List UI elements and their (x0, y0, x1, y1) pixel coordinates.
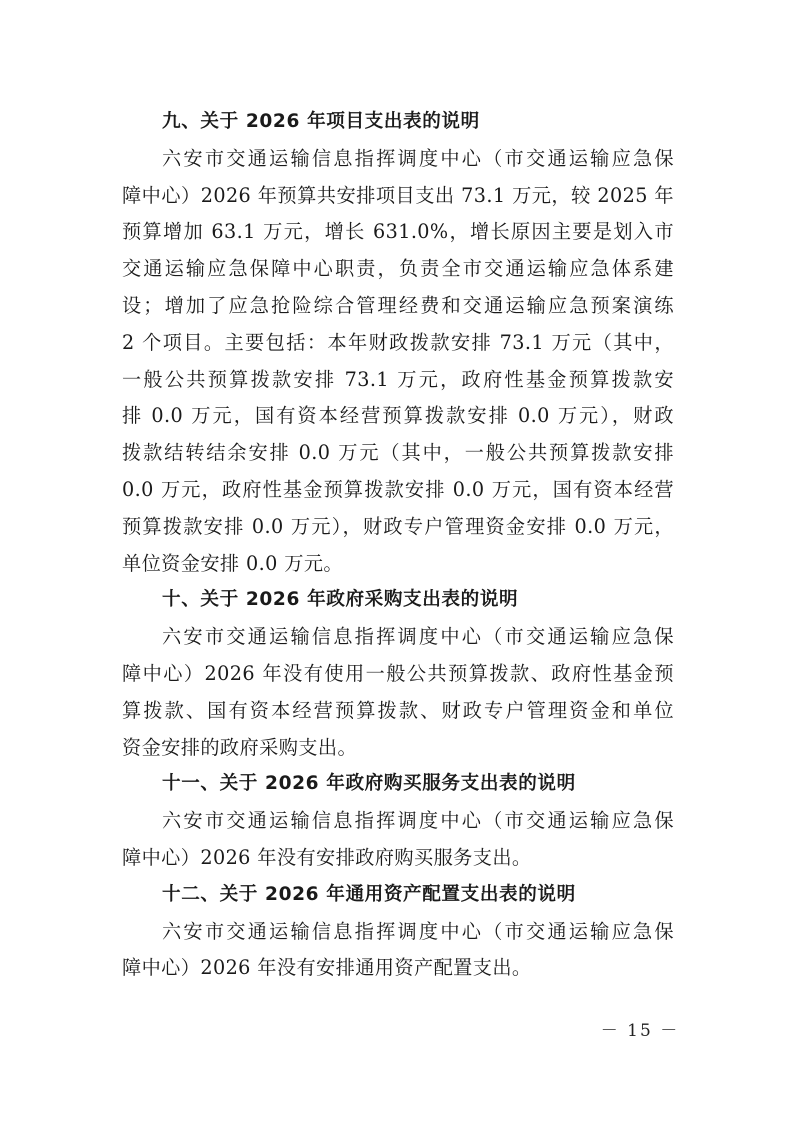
paragraph-line: 障中心）2026 年没有安排政府购买服务支出。 (122, 840, 674, 877)
paragraph-line: 2 个项目。主要包括：本年财政拨款安排 73.1 万元（其中， (122, 325, 674, 362)
paragraph-line: 预算增加 63.1 万元，增长 631.0%，增长原因主要是划入市 (122, 214, 674, 251)
section-heading-9: 九、关于 2026 年项目支出表的说明 (122, 104, 674, 141)
document-page: 九、关于 2026 年项目支出表的说明 六安市交通运输信息指挥调度中心（市交通运… (122, 104, 674, 987)
paragraph-line: 六安市交通运输信息指挥调度中心（市交通运输应急保 (122, 141, 674, 178)
section-heading-10: 十、关于 2026 年政府采购支出表的说明 (122, 582, 674, 619)
paragraph-line: 算拨款、国有资本经营预算拨款、财政专户管理资金和单位 (122, 693, 674, 730)
paragraph-line: 障中心）2026 年没有安排通用资产配置支出。 (122, 950, 674, 987)
paragraph-line: 设；增加了应急抢险综合管理经费和交通运输应急预案演练 (122, 288, 674, 325)
paragraph-line: 资金安排的政府采购支出。 (122, 730, 674, 767)
paragraph-line: 单位资金安排 0.0 万元。 (122, 546, 674, 583)
paragraph-line: 拨款结转结余安排 0.0 万元（其中，一般公共预算拨款安排 (122, 435, 674, 472)
paragraph-line: 六安市交通运输信息指挥调度中心（市交通运输应急保 (122, 914, 674, 951)
page-number: － 15 － (600, 1016, 680, 1041)
paragraph-line: 0.0 万元，政府性基金预算拨款安排 0.0 万元，国有资本经营 (122, 472, 674, 509)
paragraph-line: 一般公共预算拨款安排 73.1 万元，政府性基金预算拨款安 (122, 362, 674, 399)
paragraph-line: 障中心）2026 年预算共安排项目支出 73.1 万元，较 2025 年 (122, 178, 674, 215)
paragraph-line: 排 0.0 万元，国有资本经营预算拨款安排 0.0 万元），财政 (122, 398, 674, 435)
paragraph-line: 六安市交通运输信息指挥调度中心（市交通运输应急保 (122, 803, 674, 840)
paragraph-line: 六安市交通运输信息指挥调度中心（市交通运输应急保 (122, 619, 674, 656)
section-heading-11: 十一、关于 2026 年政府购买服务支出表的说明 (122, 766, 674, 803)
paragraph-line: 预算拨款安排 0.0 万元），财政专户管理资金安排 0.0 万元， (122, 509, 674, 546)
paragraph-line: 交通运输应急保障中心职责，负责全市交通运输应急体系建 (122, 251, 674, 288)
paragraph-line: 障中心）2026 年没有使用一般公共预算拨款、政府性基金预 (122, 656, 674, 693)
section-heading-12: 十二、关于 2026 年通用资产配置支出表的说明 (122, 877, 674, 914)
